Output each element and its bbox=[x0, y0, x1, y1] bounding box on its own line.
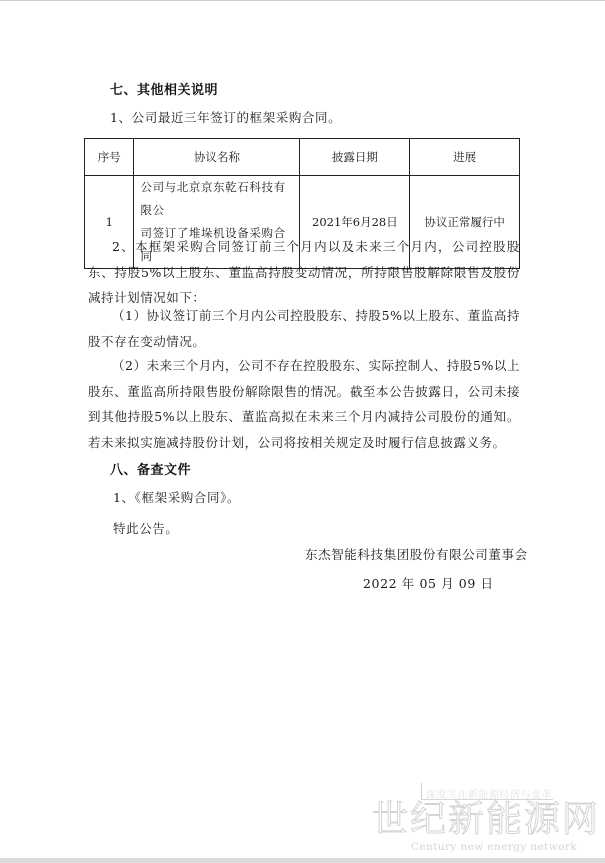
header-serial-number: 序号 bbox=[85, 139, 134, 176]
table-header-row: 序号 协议名称 披露日期 进展 bbox=[85, 139, 520, 176]
section-7-heading: 七、其他相关说明 bbox=[110, 79, 218, 98]
section-7-sub-1-text: （1）协议签订前三个月内公司控股股东、持股5%以上股东、董监高持股不存在变动情况… bbox=[88, 308, 520, 349]
watermark-logo-text: 世纪新能源网 bbox=[372, 800, 600, 840]
section-7-sub-2: （2）未来三个月内，公司不存在控股股东、实际控制人、持股5%以上股东、董监高所持… bbox=[88, 353, 520, 455]
section-7-sub-1: （1）协议签订前三个月内公司控股股东、持股5%以上股东、董监高持股不存在变动情况… bbox=[88, 303, 520, 354]
watermark-subtitle: Century new energy network bbox=[411, 841, 577, 853]
bottom-band bbox=[0, 858, 605, 863]
header-disclosure-date: 披露日期 bbox=[300, 139, 410, 176]
document-page: 七、其他相关说明 1、公司最近三年签订的框架采购合同。 序号 协议名称 披露日期… bbox=[0, 0, 605, 858]
header-agreement-name: 协议名称 bbox=[134, 139, 300, 176]
section-8-item-1: 1、《框架采购合同》。 bbox=[113, 490, 240, 506]
section-8-heading: 八、备查文件 bbox=[110, 459, 191, 478]
header-progress: 进展 bbox=[410, 139, 520, 176]
closing-notice: 特此公告。 bbox=[113, 521, 179, 537]
section-7-item-1: 1、公司最近三年签订的框架采购合同。 bbox=[110, 110, 341, 126]
signature-date: 2022 年 05 月 09 日 bbox=[363, 574, 494, 592]
section-7-item-2-text: 2、本框架采购合同签订前三个月内以及未来三个月内，公司控股股东、持股5%以上股东… bbox=[88, 239, 520, 305]
section-7-sub-2-text: （2）未来三个月内，公司不存在控股股东、实际控制人、持股5%以上股东、董监高所持… bbox=[88, 358, 520, 450]
signatory-company: 东杰智能科技集团股份有限公司董事会 bbox=[305, 545, 528, 563]
agreement-name-line-1: 公司与北京京东乾石科技有限公 bbox=[140, 180, 285, 217]
section-7-item-2: 2、本框架采购合同签订前三个月内以及未来三个月内，公司控股股东、持股5%以上股东… bbox=[88, 234, 520, 311]
